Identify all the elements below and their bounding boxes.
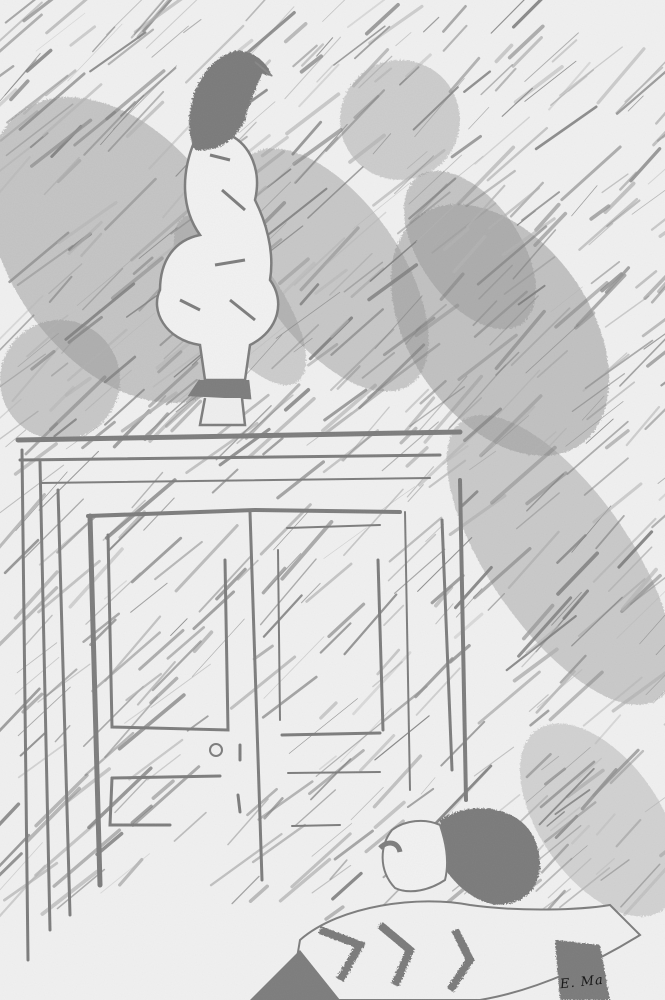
artwork-canvas	[0, 0, 665, 1000]
lithograph-artwork: E. Ma	[0, 0, 665, 1000]
paper-grain	[0, 0, 665, 1000]
